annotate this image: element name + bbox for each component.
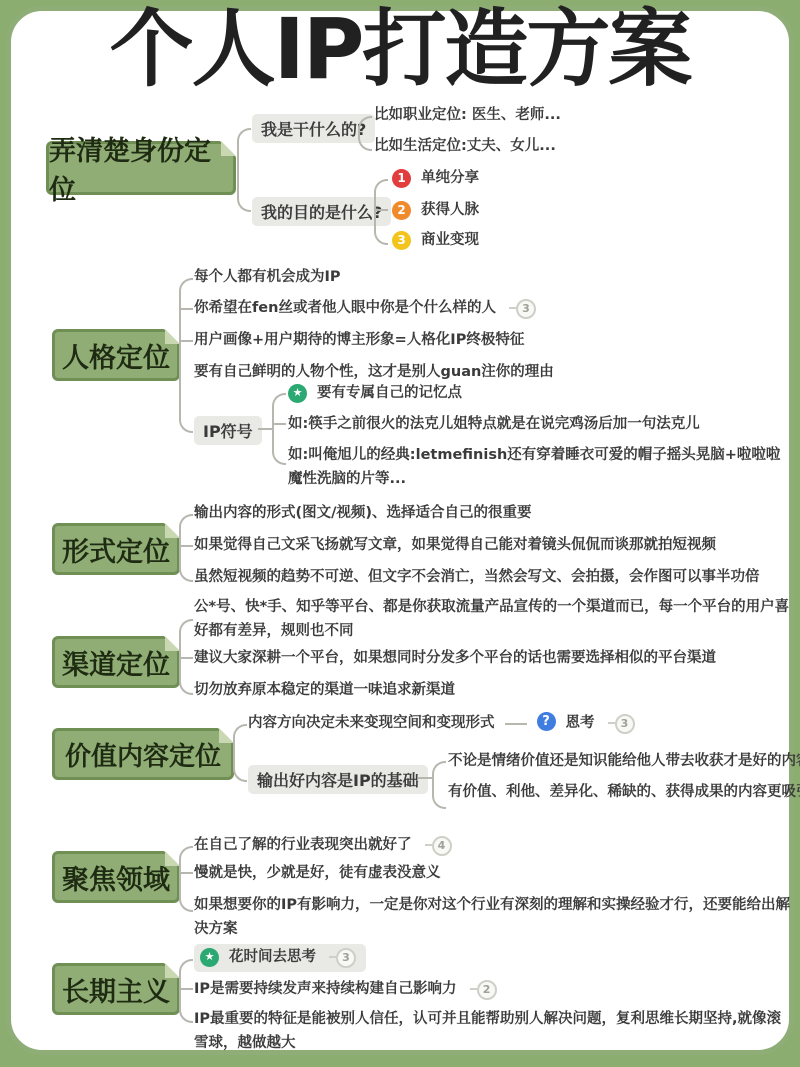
section-label: 渠道定位 — [62, 643, 170, 682]
leaf-text: 比如职业定位: 医生、老师... — [374, 104, 561, 128]
leaf-career-positioning: 比如职业定位: 医生、老师... — [374, 104, 561, 128]
branch-node-label: 我的目的是什么? — [261, 203, 382, 222]
connector-stub — [181, 545, 193, 547]
leaf-user-portrait-formula: 用户画像+用户期待的博主形象=人格化IP终极特征 — [194, 329, 524, 353]
leaf-gain-network: 2 获得人脉 — [392, 199, 479, 223]
leaf-deep-cultivate-one-platform: 建议大家深耕一个平台，如果想同时分发多个平台的话也需要选择相似的平台渠道 — [194, 647, 716, 671]
connector-stub — [181, 308, 193, 310]
leaf-example-xuer: 如:叫俺旭儿的经典:letmefinish还有穿着睡衣可爱的帽子摇头晃脑+啦啦啦… — [288, 444, 793, 492]
connector-spine — [179, 514, 193, 582]
section-label: 聚焦领域 — [62, 858, 170, 897]
connector-spine — [358, 116, 372, 151]
leaf-text: 单纯分享 — [421, 167, 479, 191]
section-box-identity: 弄清楚身份定位 — [46, 141, 236, 195]
leaf-commercial-monetization: 3 商业变现 — [392, 229, 479, 253]
section-box-focus: 聚焦领域 — [52, 851, 180, 903]
connector-spine — [179, 959, 193, 1023]
leaf-slow-is-fast: 慢就是快，少就是好，徒有虚表没意义 — [194, 862, 441, 886]
section-label: 长期主义 — [62, 970, 170, 1009]
number-2-icon: 2 — [392, 201, 411, 220]
count-badge: 3 — [336, 948, 356, 968]
leaf-dont-abandon-stable-channel: 切勿放弃原本稳定的渠道一味追求新渠道 — [194, 679, 455, 703]
leaf-how-fans-see-you: 你希望在fen丝或者他人眼中你是个什么样的人 3 — [194, 297, 536, 321]
branch-node-good-content-foundation: 输出好内容是IP的基础 — [248, 765, 428, 794]
count-badge: 2 — [477, 980, 497, 1000]
section-box-long-termism: 长期主义 — [52, 963, 180, 1015]
leaf-text: 你希望在fen丝或者他人眼中你是个什么样的人 — [194, 297, 496, 321]
count-badge: 3 — [516, 299, 536, 319]
branch-node-what-do-i-do: 我是干什么的? — [252, 114, 375, 143]
section-box-persona: 人格定位 — [52, 329, 180, 381]
connector-stub — [181, 657, 193, 659]
leaf-platforms-are-channels: 公*号、快*手、知乎等平台、都是你获取流量产品宣传的一个渠道而已，每一个平台的用… — [194, 596, 794, 644]
leaf-text: 比如生活定位:丈夫、女儿... — [374, 135, 556, 159]
leaf-life-positioning: 比如生活定位:丈夫、女儿... — [374, 135, 556, 159]
connector-spine — [179, 846, 193, 912]
leaf-text: IP最重要的特征是能被别人信任，认可并且能帮助别人解决问题，复利思维长期坚持,就… — [194, 1008, 794, 1056]
leaf-text-wont-die: 虽然短视频的趋势不可逆、但文字不会消亡，当然会写文、会拍摄，会作图可以事半功倍 — [194, 566, 760, 590]
branch-node-ip-symbol: IP符号 — [194, 416, 262, 445]
leaf-text: 如果想要你的IP有影响力，一定是你对这个行业有深刻的理解和实操经验才行，还要能给… — [194, 894, 794, 942]
leaf-text: 如:筷手之前很火的法克儿姐特点就是在说完鸡汤后加一句法克儿 — [288, 413, 700, 437]
leaf-memory-point: ★ 要有专属自己的记忆点 — [288, 382, 462, 406]
leaf-stand-out-in-your-industry: 在自己了解的行业表现突出就好了 4 — [194, 834, 452, 858]
section-label: 价值内容定位 — [65, 736, 221, 773]
leaf-text: 用户画像+用户期待的博主形象=人格化IP终极特征 — [194, 329, 524, 353]
leaf-text: 在自己了解的行业表现突出就好了 — [194, 834, 412, 858]
leaf-text: 切勿放弃原本稳定的渠道一味追求新渠道 — [194, 679, 455, 703]
section-box-channel: 渠道定位 — [52, 636, 180, 688]
connector-stub — [376, 209, 388, 211]
branch-node-label: 输出好内容是IP的基础 — [257, 771, 419, 790]
leaf-text: 商业变现 — [421, 229, 479, 253]
page-title: 个人IP打造方案 — [0, 2, 800, 96]
leaf-text: 内容方向决定未来变现空间和变现形式 — [248, 712, 495, 736]
leaf-text: 如果觉得自己文采飞扬就写文章，如果觉得自己能对着镜头侃侃而谈那就拍短视频 — [194, 534, 716, 558]
leaf-take-time-to-think: ★ 花时间去思考 3 — [194, 944, 366, 972]
connector-stub — [181, 988, 193, 990]
leaf-content-direction: 内容方向决定未来变现空间和变现形式 ? 恩考 3 — [248, 712, 635, 736]
highlight-pill: ★ 花时间去思考 3 — [194, 944, 366, 972]
connector-stub — [258, 428, 272, 430]
connector-spine — [237, 128, 251, 212]
leaf-emotional-or-knowledge-value: 不论是情绪价值还是知识能给他人带去收获才是好的内容 — [448, 750, 800, 774]
leaf-text: 建议大家深耕一个平台，如果想同时分发多个平台的话也需要选择相似的平台渠道 — [194, 647, 716, 671]
mindmap-stage: 个人IP打造方案 弄清楚身份定位 我是干什么的? 比如职业定位: 医生、老师..… — [0, 0, 800, 1067]
number-1-icon: 1 — [392, 169, 411, 188]
star-icon: ★ — [288, 384, 307, 403]
leaf-text: 虽然短视频的趋势不可逆、但文字不会消亡，当然会写文、会拍摄，会作图可以事半功倍 — [194, 566, 760, 590]
branch-node-label: IP符号 — [203, 422, 253, 441]
leaf-text: 有价值、利他、差异化、稀缺的、获得成果的内容更吸引人 — [448, 781, 800, 805]
leaf-content-format: 输出内容的形式(图文/视频)、选择适合自己的很重要 — [194, 502, 532, 526]
connector-spine — [374, 179, 388, 245]
count-badge: 3 — [615, 714, 635, 734]
connector-spine — [233, 724, 247, 782]
leaf-text: 如:叫俺旭儿的经典:letmefinish还有穿着睡衣可爱的帽子摇头晃脑+啦啦啦… — [288, 444, 793, 492]
leaf-trust-and-compound-interest: IP最重要的特征是能被别人信任，认可并且能帮助别人解决问题，复利思维长期坚持,就… — [194, 1008, 794, 1056]
connector-stub — [274, 423, 286, 425]
connector-stub — [418, 777, 432, 779]
leaf-text: 公*号、快*手、知乎等平台、都是你获取流量产品宣传的一个渠道而已，每一个平台的用… — [194, 596, 794, 644]
dash-connector — [505, 723, 527, 725]
leaf-text: 慢就是快，少就是好，徒有虚表没意义 — [194, 862, 441, 886]
section-box-format: 形式定位 — [52, 523, 180, 575]
leaf-text: 每个人都有机会成为IP — [194, 266, 341, 290]
leaf-write-or-video: 如果觉得自己文采飞扬就写文章，如果觉得自己能对着镜头侃侃而谈那就拍短视频 — [194, 534, 716, 558]
leaf-valuable-content-attracts: 有价值、利他、差异化、稀缺的、获得成果的内容更吸引人 — [448, 781, 800, 805]
connector-stub — [181, 340, 193, 342]
connector-spine — [179, 278, 193, 433]
section-label: 弄清楚身份定位 — [49, 129, 233, 207]
number-3-icon: 3 — [392, 231, 411, 250]
leaf-everyone-can-be-ip: 每个人都有机会成为IP — [194, 266, 341, 290]
leaf-text: 输出内容的形式(图文/视频)、选择适合自己的很重要 — [194, 502, 532, 526]
leaf-text: 花时间去思考 — [229, 946, 316, 970]
star-icon: ★ — [200, 948, 219, 967]
connector-spine — [432, 761, 446, 809]
connector-stub — [181, 872, 193, 874]
leaf-text: 不论是情绪价值还是知识能给他人带去收获才是好的内容 — [448, 750, 800, 774]
question-icon: ? — [537, 712, 556, 731]
branch-node-my-purpose: 我的目的是什么? — [252, 197, 391, 226]
connector-spine — [272, 393, 286, 465]
branch-node-label: 我是干什么的? — [261, 120, 366, 139]
leaf-text: 要有专属自己的记忆点 — [317, 382, 462, 406]
leaf-keep-speaking-up: IP是需要持续发声来持续构建自己影响力 2 — [194, 978, 497, 1002]
section-label: 人格定位 — [62, 336, 170, 375]
count-badge: 4 — [432, 836, 452, 856]
leaf-pure-sharing: 1 单纯分享 — [392, 167, 479, 191]
section-box-value-content: 价值内容定位 — [52, 728, 234, 780]
leaf-text: 获得人脉 — [421, 199, 479, 223]
leaf-text: IP是需要持续发声来持续构建自己影响力 — [194, 978, 457, 1002]
leaf-example-fake-er: 如:筷手之前很火的法克儿姐特点就是在说完鸡汤后加一句法克儿 — [288, 413, 700, 437]
section-label: 形式定位 — [62, 530, 170, 569]
leaf-annotation: 恩考 — [566, 712, 595, 736]
leaf-deep-understanding-required: 如果想要你的IP有影响力，一定是你对这个行业有深刻的理解和实操经验才行，还要能给… — [194, 894, 794, 942]
